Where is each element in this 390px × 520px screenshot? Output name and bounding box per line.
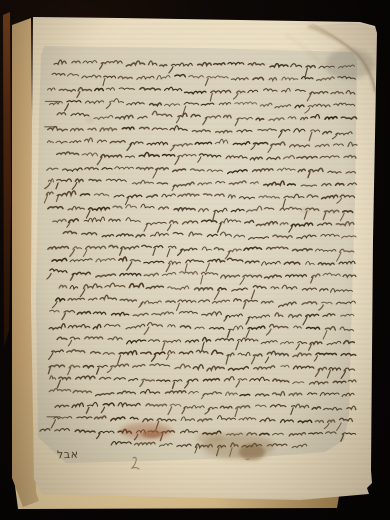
ink-speck [246, 459, 249, 460]
foxing-spot-1 [300, 207, 310, 213]
manuscript-page: אבל [0, 0, 390, 520]
foxing-spot-2 [86, 117, 94, 123]
gray-smudge [326, 49, 374, 79]
flourish-mark [132, 457, 139, 469]
brown-smudge-left [196, 432, 224, 444]
red-stain-core [142, 430, 162, 438]
manuscript-photo: אבל [0, 0, 390, 520]
water-tideline-faint [285, 34, 332, 74]
handwritten-text-layer [0, 0, 390, 520]
catchword: אבל [57, 448, 79, 462]
brown-smudge-core [239, 444, 265, 460]
